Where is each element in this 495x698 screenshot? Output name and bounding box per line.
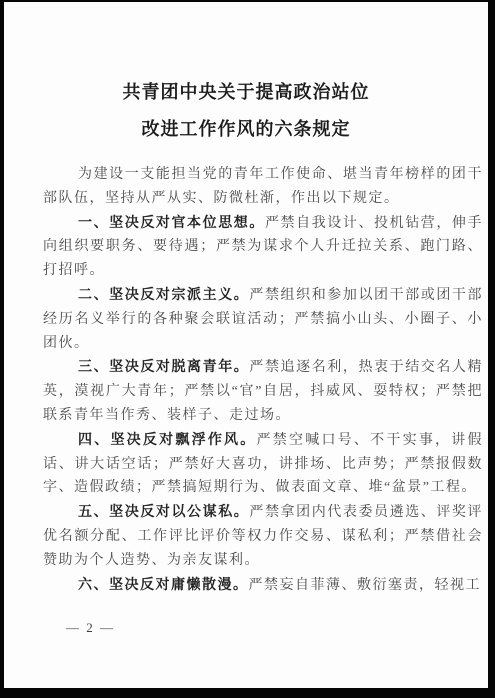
item-6-text: 严禁妄自菲薄、敷衍塞责，轻视工	[249, 578, 482, 593]
regulation-item-6: 六、坚决反对庸懒散漫。严禁妄自菲薄、敷衍塞责，轻视工	[43, 573, 483, 598]
document-body: 为建设一支能担当党的青年工作使命、堪当青年榜样的团干部队伍，坚持从严从实、防微杜…	[43, 163, 483, 619]
page-title-line-2: 改进工作作风的六条规定	[142, 119, 351, 139]
page-number: — 2 —	[66, 620, 115, 636]
item-1-heading: 一、坚决反对官本位思想。	[78, 214, 265, 230]
item-2-heading: 二、坚决反对宗派主义。	[78, 286, 249, 302]
page-title-line-1: 共青团中央关于提高政治站位	[123, 82, 370, 102]
page-title: 共青团中央关于提高政治站位 改进工作作风的六条规定	[4, 74, 488, 148]
regulation-item-2: 二、坚决反对宗派主义。严禁组织和参加以团干部或团干部经历名义举行的各种聚会联谊活…	[43, 283, 483, 355]
item-5-heading: 五、坚决反对以公谋私。	[78, 503, 249, 519]
item-6-heading: 六、坚决反对庸懒散漫。	[78, 576, 249, 592]
item-4-heading: 四、坚决反对飘浮作风。	[78, 431, 257, 447]
regulation-item-3: 三、坚决反对脱离青年。严禁追逐名利，热衷于结交名人精英，漠视广大青年；严禁以“官…	[43, 355, 483, 427]
regulation-item-1: 一、坚决反对官本位思想。严禁自我设计、投机钻营，伸手向组织要职务、要待遇；严禁为…	[43, 211, 483, 283]
item-3-heading: 三、坚决反对脱离青年。	[78, 358, 249, 374]
document-page: 共青团中央关于提高政治站位 改进工作作风的六条规定 为建设一支能担当党的青年工作…	[4, 2, 488, 688]
regulation-item-4: 四、坚决反对飘浮作风。严禁空喊口号、不干实事，讲假话、讲大话空话；严禁好大喜功，…	[43, 428, 483, 500]
intro-paragraph: 为建设一支能担当党的青年工作使命、堪当青年榜样的团干部队伍，坚持从严从实、防微杜…	[43, 163, 483, 211]
regulation-item-5: 五、坚决反对以公谋私。严禁拿团内代表委员遴选、评奖评优名额分配、工作评比评价等权…	[43, 500, 483, 572]
